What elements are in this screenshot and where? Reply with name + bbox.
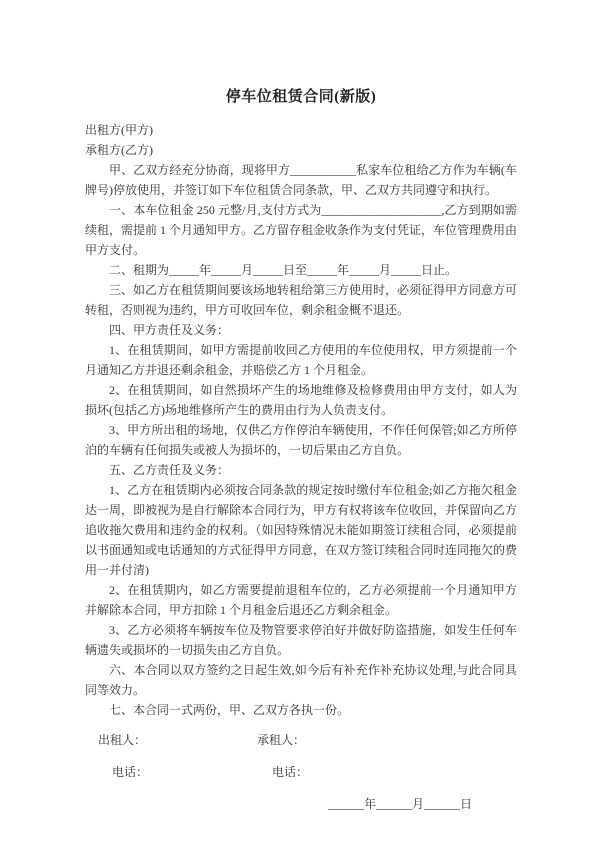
clause-2-term: 二、租期为_____年_____月_____日至_____年_____月____… [85, 260, 517, 280]
preamble-paragraph: 甲、乙双方经充分协商，现将甲方___________私家车位租给乙方作为车辆(车… [85, 160, 517, 200]
clause-5-item-3: 3、乙方必须将车辆按车位及物管要求停泊好并做好防盗措施，如发生任何车辆遗失或损坏… [85, 620, 517, 660]
clause-4-lessor-duties-heading: 四、甲方责任及义务： [85, 320, 517, 340]
clause-4-item-2: 2、在租赁期间，如自然损坏产生的场地维修及检修费用由甲方支付，如人为损坏(包括乙… [85, 380, 517, 420]
clause-5-lessee-duties-heading: 五、乙方责任及义务： [85, 460, 517, 480]
document-title: 停车位租赁合同(新版) [85, 86, 517, 108]
lessor-party-line: 出租方(甲方) [85, 120, 517, 140]
clause-4-item-1: 1、在租赁期间，如甲方需提前收回乙方使用的车位使用权，甲方须提前一个月通知乙方并… [85, 340, 517, 380]
lessee-party-line: 承租方(乙方) [85, 140, 517, 160]
clause-7-copies: 七、本合同一式两份，甲、乙双方各执一份。 [85, 700, 517, 720]
lessee-signature-label: 承租人： [257, 730, 305, 750]
lessor-signature-label: 出租人： [98, 730, 146, 750]
clause-5-item-2: 2、在租赁期内，如乙方需要提前退租车位的，乙方必须提前一个月通知甲方并解除本合同… [85, 580, 517, 620]
lessor-phone-label: 电话： [112, 762, 148, 782]
clause-1-rent: 一、本车位租金 250 元整/月,支付方式为__________________… [85, 200, 517, 260]
contract-page: 停车位租赁合同(新版) 出租方(甲方) 承租方(乙方) 甲、乙双方经充分协商，现… [85, 86, 517, 814]
clause-6-effectiveness: 六、本合同以双方签约之日起生效,如今后有补充作补充协议处理,与此合同具同等效力。 [85, 660, 517, 700]
phone-row: 电话： 电话： [85, 762, 517, 782]
clause-3-sublet: 三、如乙方在租赁期间要该场地转租给第三方使用时，必须征得甲方同意方可转租，否则视… [85, 280, 517, 320]
clause-5-item-1: 1、乙方在租赁期内必须按合同条款的规定按时缴付车位租金;如乙方拖欠租金达一周，即… [85, 480, 517, 580]
contract-date-line: ______年______月______日 [328, 794, 517, 814]
lessee-phone-label: 电话： [272, 762, 308, 782]
signature-row: 出租人： 承租人： [85, 730, 517, 750]
clause-4-item-3: 3、甲方所出租的场地，仅供乙方作停泊车辆使用，不作任何保管;如乙方所停泊的车辆有… [85, 420, 517, 460]
